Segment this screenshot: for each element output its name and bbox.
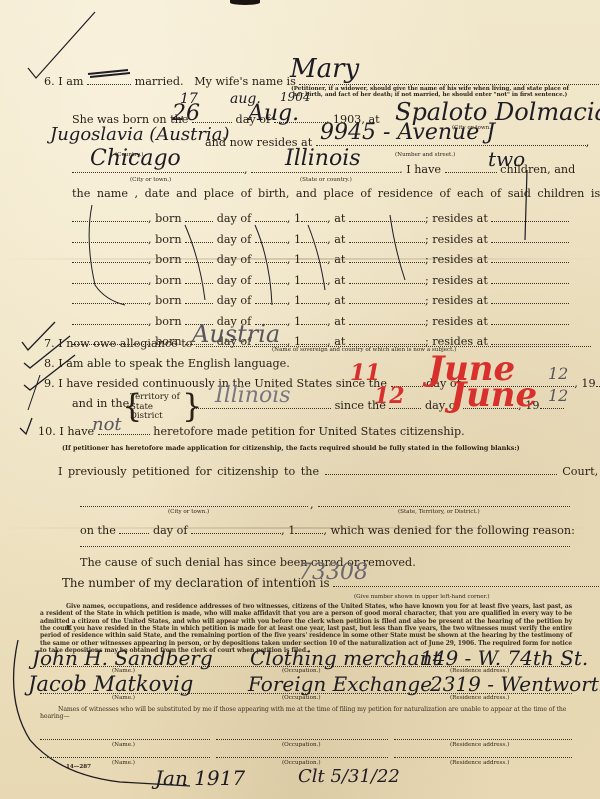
annotation-date: Jan 1917 xyxy=(155,768,245,788)
prev-state-caption: (State, Territory, or District.) xyxy=(398,509,480,515)
res-state-caption: (State or country.) xyxy=(300,177,352,183)
sub2-occupation-field xyxy=(216,757,388,758)
child-born-label: born xyxy=(155,315,181,328)
previous-court-line: I previously petitioned for citizenship … xyxy=(58,466,600,477)
child-resides-label: ; resides at xyxy=(425,212,488,225)
child-year-prefix-label: 1 xyxy=(294,274,301,287)
name-caption: (Name.) xyxy=(112,695,135,701)
item6-note: (Petitioner, if a widower, should give t… xyxy=(285,86,575,98)
blank-field xyxy=(349,220,425,222)
child-year-prefix-label: 1 xyxy=(294,315,301,328)
child-resides-label: ; resides at xyxy=(425,315,488,328)
blank-field xyxy=(255,220,287,222)
blank-field xyxy=(301,323,327,325)
declaration-caption: (Give number shown in upper left-hand co… xyxy=(354,594,490,600)
blank-field xyxy=(349,241,425,243)
blank-field xyxy=(349,323,425,325)
blank-field xyxy=(301,241,327,243)
blank-field xyxy=(491,282,569,284)
children-label-a: I have xyxy=(406,163,441,176)
child-at-label: at xyxy=(334,212,345,225)
state-day-value: 12 xyxy=(374,385,405,407)
year-prefix: , 19 xyxy=(574,377,595,390)
blank-field xyxy=(301,282,327,284)
declaration-number-value: 73308 xyxy=(298,562,368,584)
residence-caption: (Residence address.) xyxy=(450,760,509,766)
residence-caption: (Residence address.) xyxy=(450,742,509,748)
prev-city-field xyxy=(80,506,308,507)
birth-country-value: Jugoslavia (Austria) xyxy=(50,126,229,144)
day-of-label: day of xyxy=(153,524,188,537)
child-row: , born day of , 1, at ; resides at xyxy=(72,213,569,224)
child-row: , born day of , 1, at ; resides at xyxy=(72,275,569,286)
sub1-address-field xyxy=(394,739,572,740)
blank-field xyxy=(301,302,327,304)
child-row: , born day of , 1, at ; resides at xyxy=(72,254,569,265)
blank-field xyxy=(185,241,213,243)
state-month-value: June xyxy=(450,378,537,412)
blank-field xyxy=(349,282,425,284)
item10-text-a: I have xyxy=(59,425,94,438)
substitutes-text: Names of witnesses who will be substitut… xyxy=(40,706,572,721)
child-resides-label: ; resides at xyxy=(425,294,488,307)
clerk-note: Clt 5/31/22 xyxy=(298,768,400,786)
res-city-caption: (City or town.) xyxy=(130,177,171,183)
blank-field xyxy=(72,302,148,304)
item9-state-line: and in the xyxy=(72,398,129,409)
child-year-prefix-label: 1 xyxy=(294,212,301,225)
blank-field xyxy=(301,220,327,222)
previous-petition-value: not xyxy=(92,416,122,434)
child-born-label: born xyxy=(155,233,181,246)
prev-state-field xyxy=(318,506,570,507)
allegiance-value: Austria xyxy=(192,322,280,346)
item6-text-a: I am xyxy=(58,75,83,88)
form-number: 14—287 xyxy=(66,764,91,770)
address-value: 9945 - Avenue J xyxy=(320,122,495,144)
sub2-name-field xyxy=(40,757,210,758)
blank-field xyxy=(491,302,569,304)
blank-field xyxy=(72,282,148,284)
child-at-label: at xyxy=(334,274,345,287)
blank-field xyxy=(255,302,287,304)
on-the-label: on the xyxy=(80,524,116,537)
blank-field xyxy=(72,261,148,263)
child-day-of-label: day of xyxy=(217,253,252,266)
blank-field xyxy=(185,282,213,284)
child-born-label: born xyxy=(155,274,181,287)
blank-field xyxy=(255,282,287,284)
child-resides-label: ; resides at xyxy=(425,274,488,287)
child-at-label: at xyxy=(334,253,345,266)
residence-city-value: Chicago xyxy=(90,148,181,170)
sub2-address-field xyxy=(394,757,572,758)
child-year-prefix-label: 1 xyxy=(294,253,301,266)
paper-tear xyxy=(230,0,260,5)
previous-date-line: on the day of , 1, which was denied for … xyxy=(80,525,575,536)
jurisdiction-options: Territory of State District xyxy=(130,393,180,422)
child-at-label: at xyxy=(334,294,345,307)
child-born-label: born xyxy=(155,294,181,307)
children-intro: the name , date and place of birth, and … xyxy=(72,188,600,199)
children-count-value: two xyxy=(488,149,525,169)
item10-note: (If petitioner has heretofore made appli… xyxy=(62,445,520,452)
blank-field xyxy=(255,261,287,263)
blank-field xyxy=(255,241,287,243)
and-in-the-label: and in the xyxy=(72,397,129,410)
item10-text-b: heretofore made petition for United Stat… xyxy=(153,425,464,438)
declaration-label: The number of my declaration of intentio… xyxy=(62,576,330,590)
child-resides-label: ; resides at xyxy=(425,233,488,246)
child-day-of-label: day of xyxy=(217,233,252,246)
blank-field xyxy=(185,302,213,304)
witness2-name: Jacob Matkovig xyxy=(28,674,193,695)
item-number: 6. xyxy=(44,75,55,88)
blank-field xyxy=(301,261,327,263)
denied-label: , which was denied for the following rea… xyxy=(323,524,575,537)
denial-reason-field xyxy=(80,546,570,547)
item-number: 9. xyxy=(44,377,55,390)
name-caption: (Name.) xyxy=(112,742,135,748)
prev-city-caption: (City or town.) xyxy=(168,509,209,515)
witness2-address: 2319 - Wentworth Av. xyxy=(430,674,600,694)
child-row: , born day of , 1, at ; resides at xyxy=(72,316,569,327)
child-resides-label: ; resides at xyxy=(425,253,488,266)
birth-month-value: Aug. xyxy=(248,103,299,125)
us-year-value: 12 xyxy=(548,366,568,382)
name-caption: (Name.) xyxy=(112,760,135,766)
item-number: 10. xyxy=(38,425,56,438)
state-year-value: 12 xyxy=(548,388,568,404)
child-day-of-label: day of xyxy=(217,294,252,307)
child-row: , born day of , 1, at ; resides at xyxy=(72,295,569,306)
child-year-prefix-label: 1 xyxy=(294,233,301,246)
residence-state-value: Illinois xyxy=(285,148,361,170)
blank-field xyxy=(349,302,425,304)
occupation-caption: (Occupation.) xyxy=(282,742,321,748)
item6-text-c: My wife's name is xyxy=(194,75,296,88)
blank-field xyxy=(72,241,148,243)
child-at-label: at xyxy=(334,233,345,246)
blank-field xyxy=(491,241,569,243)
occupation-caption: (Occupation.) xyxy=(282,695,321,701)
child-day-of-label: day of xyxy=(217,274,252,287)
item-number: 8. xyxy=(44,357,55,370)
blank-field xyxy=(185,220,213,222)
sub1-name-field xyxy=(40,739,210,740)
year-prefix: , 1 xyxy=(281,524,295,537)
item8-text: I am able to speak the English language. xyxy=(58,357,290,370)
court-at-label: Court, at xyxy=(562,465,600,478)
residence-caption: (Residence address.) xyxy=(450,695,509,701)
blank-field xyxy=(72,323,148,325)
prev-petition-label: I previously petitioned for citizenship … xyxy=(58,465,319,478)
item-number: 7. xyxy=(44,337,55,350)
blank-field xyxy=(72,220,148,222)
sub1-occupation-field xyxy=(216,739,388,740)
blank-field xyxy=(491,323,569,325)
child-year-prefix-label: 1 xyxy=(294,294,301,307)
witness1-address: 149 - W. 74th St. xyxy=(420,648,588,668)
blank-field xyxy=(491,261,569,263)
item8-line: 8. I am able to speak the English langua… xyxy=(44,358,290,369)
blank-field xyxy=(185,261,213,263)
child-day-of-label: day of xyxy=(217,212,252,225)
child-born-label: born xyxy=(155,253,181,266)
witness2-occupation: Foreign Exchange xyxy=(248,674,432,694)
option-district: District xyxy=(130,412,180,422)
child-born-label: born xyxy=(155,212,181,225)
witness1-name: John H. Sandberg xyxy=(32,648,213,668)
birth-day-value: 26 xyxy=(172,103,200,125)
blank-field xyxy=(349,261,425,263)
address-caption: (Number and street.) xyxy=(395,152,455,158)
us-day-value: 11 xyxy=(350,362,381,384)
blank-field xyxy=(491,220,569,222)
item7-text: I now owe allegiance to xyxy=(58,337,192,350)
state-value: Illinois xyxy=(215,385,291,407)
item6-text-b: married. xyxy=(135,75,184,88)
witness1-occupation: Clothing merchant xyxy=(250,648,440,668)
child-at-label: at xyxy=(334,315,345,328)
wife-name-value: Mary xyxy=(290,56,359,82)
child-row: , born day of , 1, at ; resides at xyxy=(72,234,569,245)
